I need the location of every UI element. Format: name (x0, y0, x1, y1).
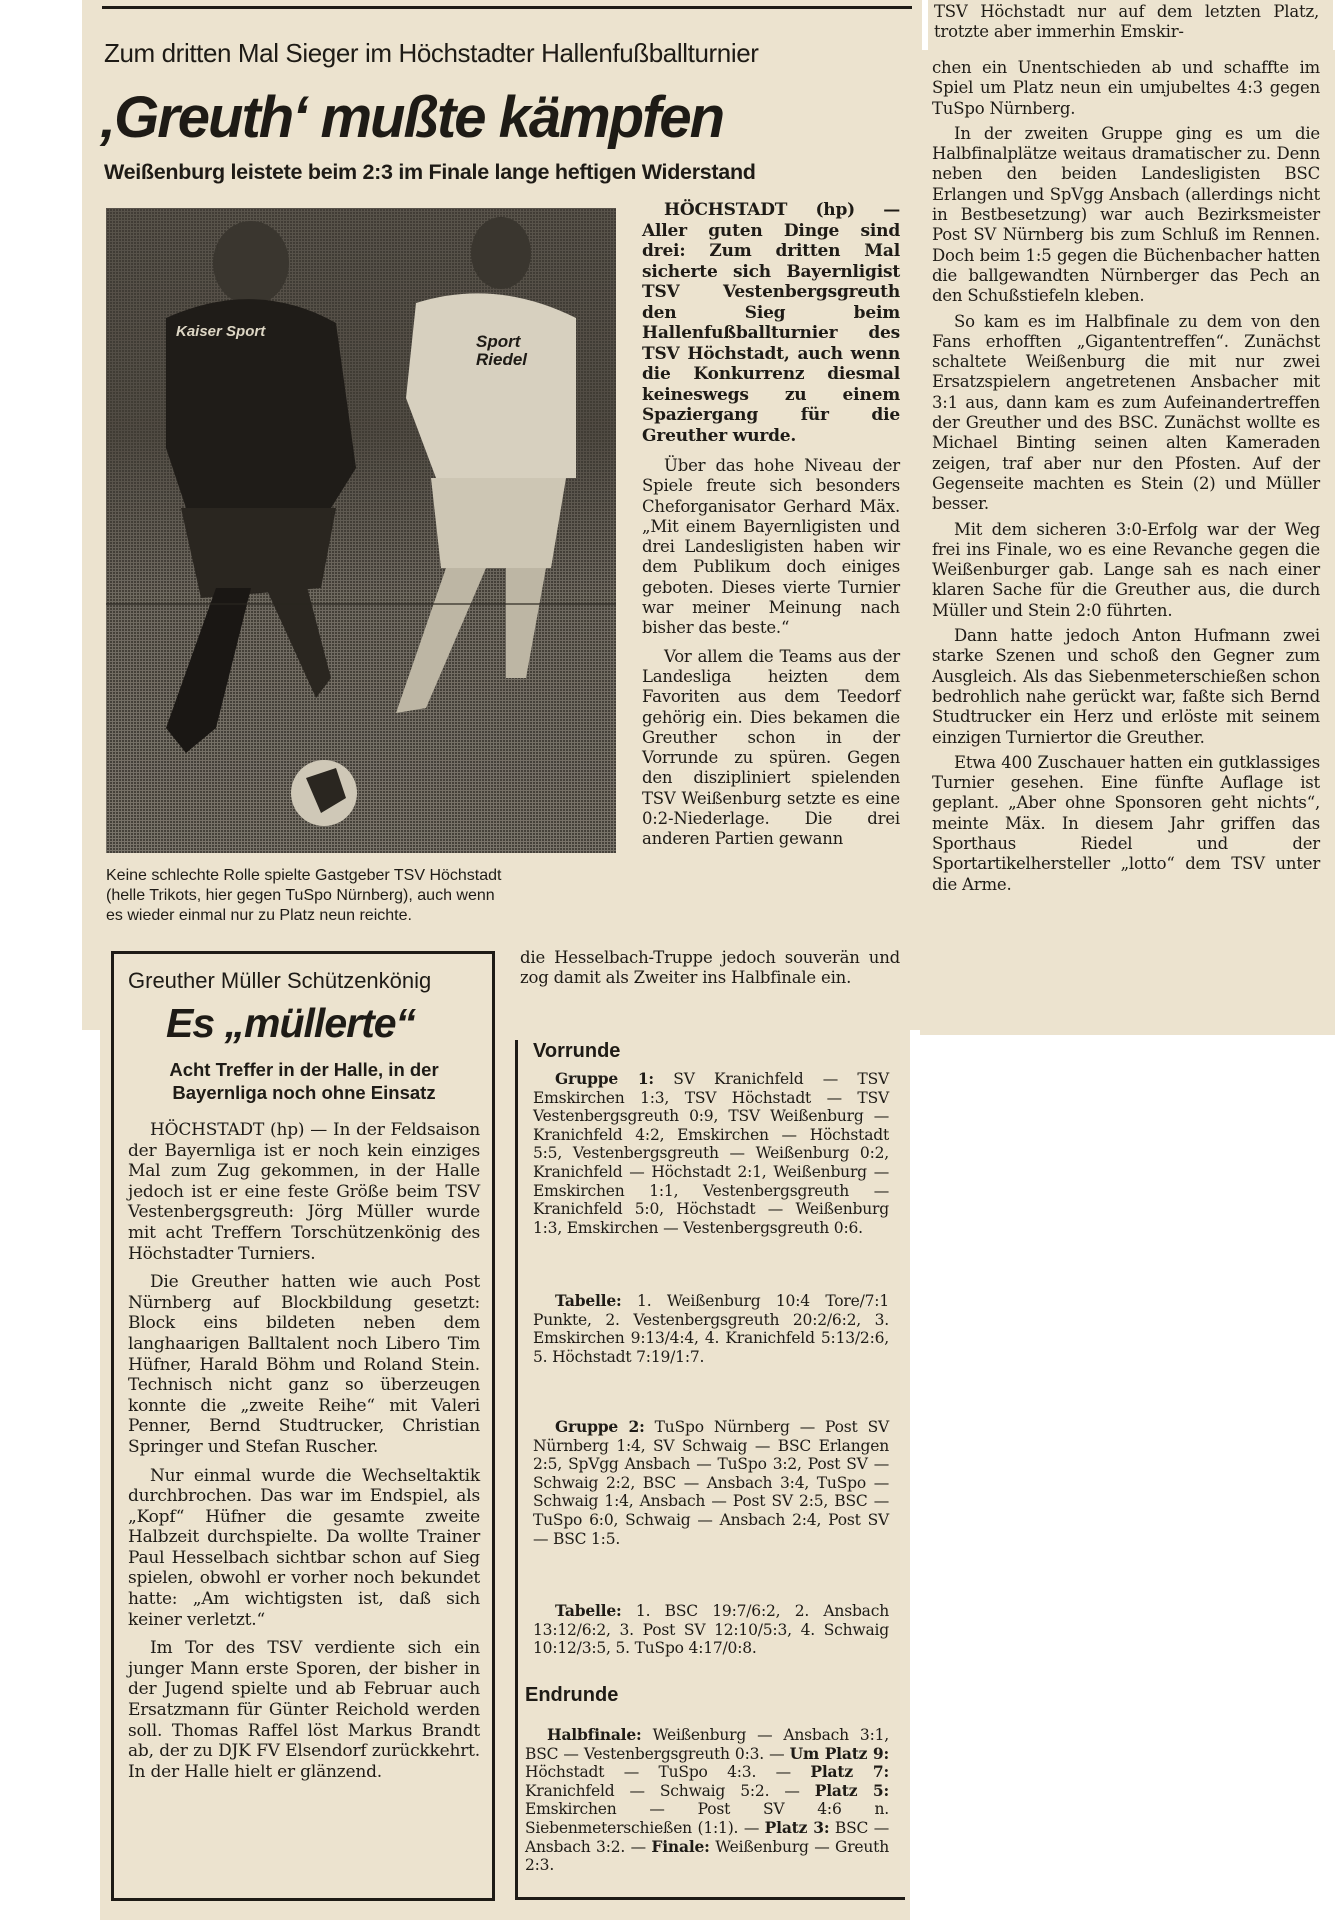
platz7-label: Platz 7: (810, 1762, 889, 1781)
article-paragraph: So kam es im Halbfinale zu dem von den F… (932, 312, 1320, 515)
article-column-1: HÖCHSTADT (hp) — Aller guten Dinge sind … (642, 200, 900, 850)
article-paragraph: Dann hatte jedoch Anton Hufmann zwei sta… (932, 626, 1320, 748)
article-column-2-top: TSV Höchstadt nur auf dem letzten Platz,… (934, 2, 1319, 43)
box-headline: Es „müllerte“ (166, 1000, 415, 1047)
platz3-label: Platz 3: (765, 1818, 830, 1837)
top-rule (102, 6, 912, 9)
box-paragraph: Im Tor des TSV verdiente sich ein junger… (128, 1638, 480, 1782)
soccer-players-figure (106, 208, 616, 853)
endrunde-results: Halbfinale: Weißenburg — Ansbach 3:1, BS… (525, 1726, 889, 1875)
article-photo: Kaiser Sport Sport Riedel (106, 208, 616, 853)
tabelle2-label: Tabelle: (555, 1601, 622, 1620)
jersey-text-right: Sport Riedel (476, 333, 546, 369)
platz9-text: Höchstadt — TuSpo 4:3. (525, 1763, 756, 1781)
gruppe1-label: Gruppe 1: (555, 1069, 654, 1088)
article-paragraph: In der zweiten Gruppe ging es um die Hal… (932, 124, 1320, 307)
finale-label: Finale: (651, 1837, 709, 1856)
article-paragraph: TSV Höchstadt nur auf dem letzten Platz,… (934, 2, 1319, 43)
article-column-2: chen ein Unentschieden ab und schaffte i… (932, 58, 1320, 895)
jersey-text-left: Kaiser Sport (176, 323, 265, 340)
tabelle1-label: Tabelle: (555, 1291, 622, 1310)
article-paragraph: chen ein Unentschieden ab und schaffte i… (932, 58, 1320, 119)
endrunde-heading: Endrunde (525, 1684, 618, 1707)
article-paragraph: Vor allem die Teams aus der Landesliga h… (642, 647, 900, 850)
gruppe2-label: Gruppe 2: (555, 1417, 645, 1436)
article-paragraph: Etwa 400 Zuschauer hatten ein gutklassig… (932, 753, 1320, 895)
box-paragraph: Die Greuther hatten wie auch Post Nürnbe… (128, 1272, 480, 1457)
platz7-text: Kranichfeld — Schwaig 5:2. (525, 1782, 769, 1800)
article-paragraph: Über das hohe Niveau der Spiele freute s… (642, 456, 900, 639)
tabelle2: Tabelle: 1. BSC 19:7/6:2, 2. Ansbach 13:… (533, 1602, 889, 1658)
gruppe1-text: SV Kranichfeld — TSV Emskirchen 1:3, TSV… (533, 1070, 889, 1237)
platz5-label: Platz 5: (815, 1781, 889, 1800)
article-paragraph: die Hesselbach-Truppe jedoch souverän un… (520, 948, 900, 989)
article-column-1-tail: die Hesselbach-Truppe jedoch souverän un… (520, 948, 900, 989)
article-subhead: Weißenburg leistete beim 2:3 im Finale l… (104, 160, 756, 185)
article-kicker: Zum dritten Mal Sieger im Höchstadter Ha… (104, 38, 759, 69)
box-paragraph: Nur einmal wurde die Wechseltaktik durch… (128, 1466, 480, 1631)
caption-line: (helle Trikots, hier gegen TuSpo Nürnber… (106, 886, 626, 906)
gruppe2-results: Gruppe 2: TuSpo Nürnberg — Post SV Nürnb… (533, 1418, 889, 1548)
article-headline: ‚Greuth‘ mußte kämpfen (100, 86, 723, 150)
box-subhead: Acht Treffer in der Halle, in der Bayern… (128, 1058, 480, 1104)
box-kicker: Greuther Müller Schützenkönig (128, 968, 431, 994)
article-paragraph: Mit dem sicheren 3:0-Erfolg war der Weg … (932, 520, 1320, 621)
article-lead: HÖCHSTADT (hp) — Aller guten Dinge sind … (642, 200, 900, 446)
gruppe2-text: TuSpo Nürnberg — Post SV Nürnberg 1:4, S… (533, 1418, 889, 1548)
platz9-label: Um Platz 9: (790, 1744, 889, 1763)
tabelle1: Tabelle: 1. Weißenburg 10:4 Tore/7:1 Pun… (533, 1292, 889, 1366)
halbfinale-label: Halbfinale: (547, 1725, 642, 1744)
vorrunde-heading: Vorrunde (533, 1040, 620, 1063)
photo-caption: Keine schlechte Rolle spielte Gastgeber … (106, 866, 626, 926)
gruppe1-results: Gruppe 1: SV Kranichfeld — TSV Emskirche… (533, 1070, 889, 1237)
caption-line: es wieder einmal nur zu Platz neun reich… (106, 906, 626, 926)
caption-line: Keine schlechte Rolle spielte Gastgeber … (106, 866, 626, 886)
box-body: HÖCHSTADT (hp) — In der Feldsaison der B… (128, 1120, 480, 1782)
box-paragraph: HÖCHSTADT (hp) — In der Feldsaison der B… (128, 1120, 480, 1264)
